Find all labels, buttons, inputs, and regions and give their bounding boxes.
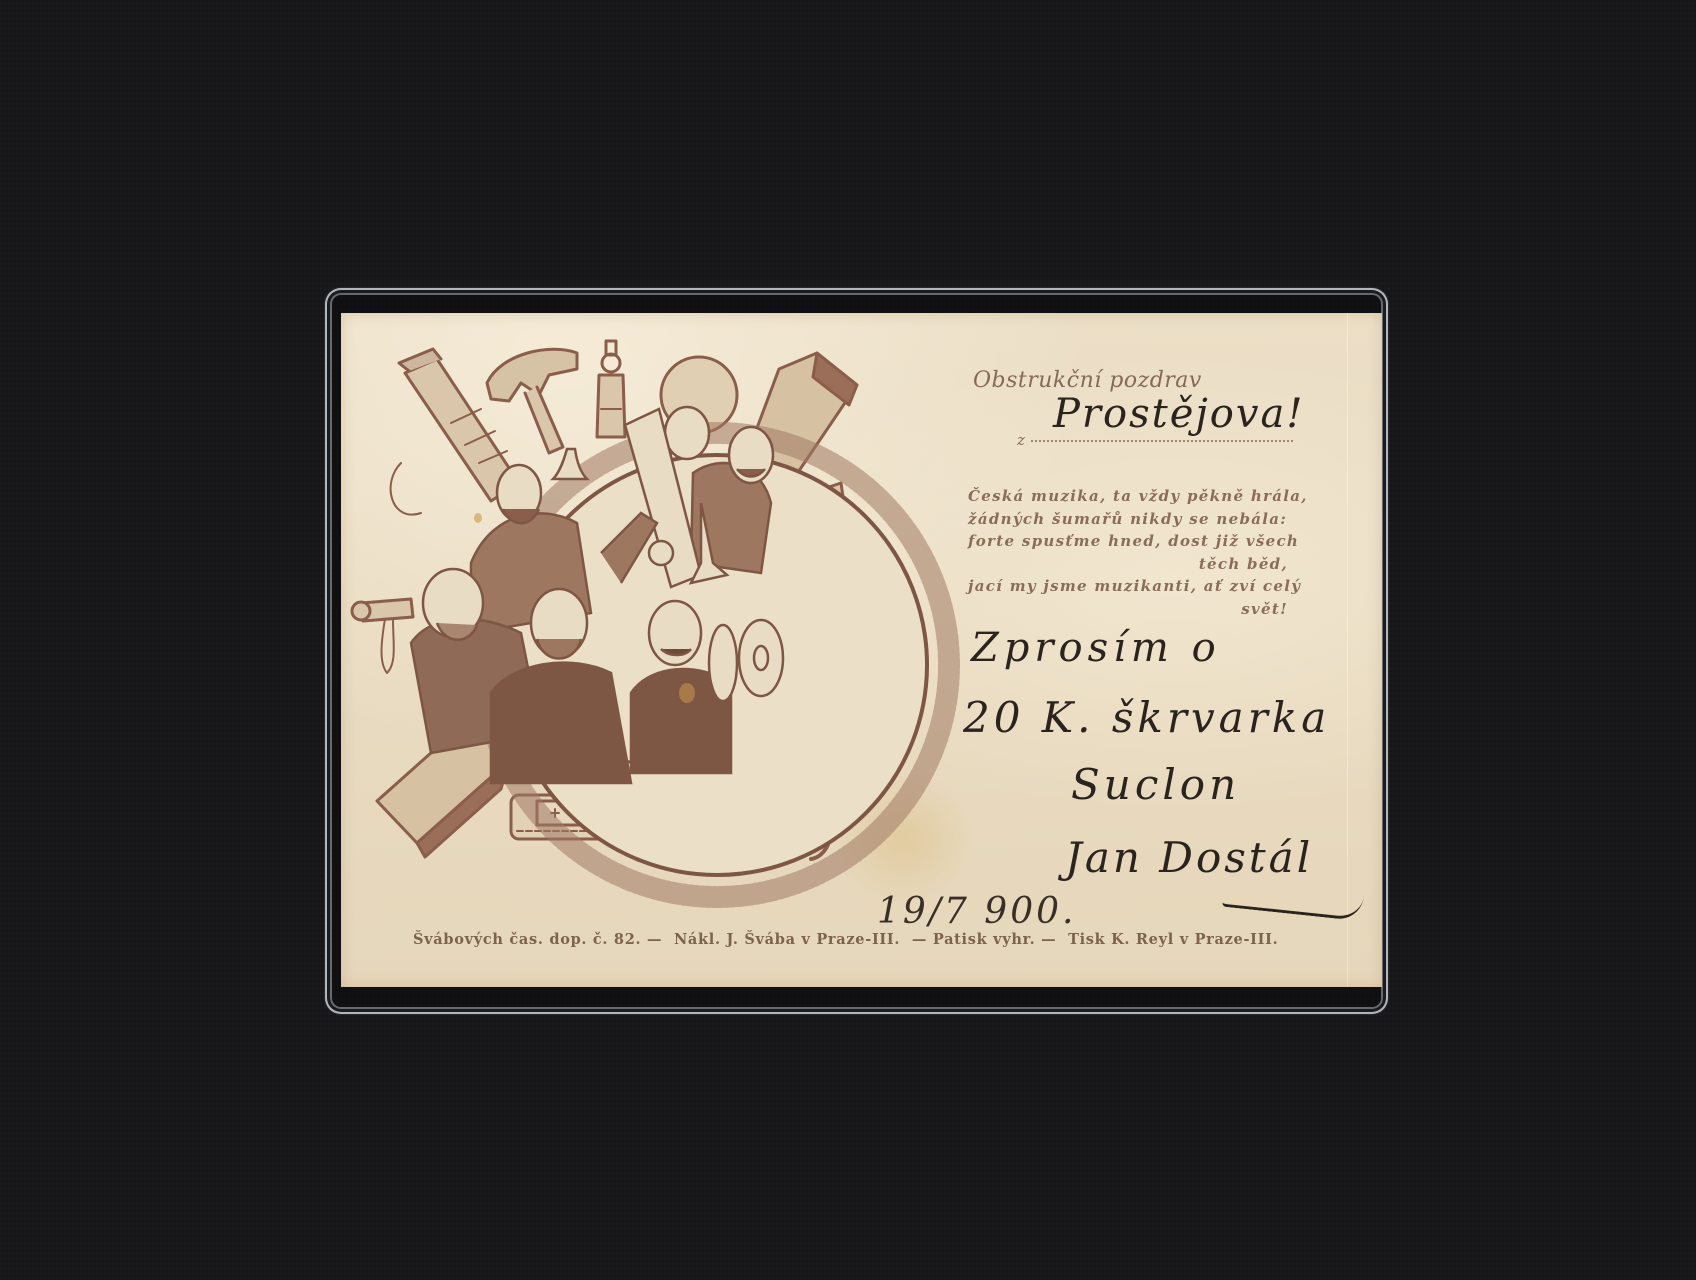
imprint-part: Nákl. J. Švába v Praze-III.	[674, 931, 900, 948]
printed-verse: Česká muzika, ta vždy pěkně hrála, žádný…	[968, 485, 1288, 620]
handwritten-line: Zprosím o	[971, 625, 1221, 671]
verse-line: žádných šumařů nikdy se nebála:	[968, 508, 1288, 531]
verse-line: těch běd,	[968, 553, 1288, 576]
place-prefix: z	[1017, 431, 1025, 449]
rattle-icon	[352, 599, 413, 673]
handwritten-signature: Jan Dostál	[1065, 833, 1313, 882]
verse-line: Česká muzika, ta vždy pěkně hrála,	[968, 485, 1288, 508]
postcard: Obstrukční pozdrav z Prostějova! Česká m…	[341, 313, 1382, 987]
imprint-part: Švábových čas. dop. č. 82. —	[413, 931, 662, 948]
postcard-title: Obstrukční pozdrav	[973, 368, 1202, 393]
whistle-icon	[597, 341, 625, 437]
imprint-part: Tisk K. Reyl v Praze-III.	[1068, 931, 1278, 948]
publisher-imprint: Švábových čas. dop. č. 82. — Nákl. J. Šv…	[413, 931, 1284, 948]
imprint-part: — Patisk vyhr. —	[912, 931, 1056, 948]
verse-line: forte spusťme hned, dost již všech	[968, 530, 1288, 553]
verse-line: svět!	[968, 598, 1288, 621]
hammer-icon	[487, 349, 577, 453]
handwritten-date: 19/7 900.	[877, 891, 1076, 932]
place-dotted-line	[1031, 440, 1293, 442]
handwritten-place: Prostějova!	[1053, 391, 1304, 437]
handwritten-line: 20 K. škrvarka	[963, 693, 1330, 742]
verse-line: jací my jsme muzikanti, ať zví celý	[968, 575, 1288, 598]
handwritten-line: Suclon	[1071, 760, 1240, 809]
